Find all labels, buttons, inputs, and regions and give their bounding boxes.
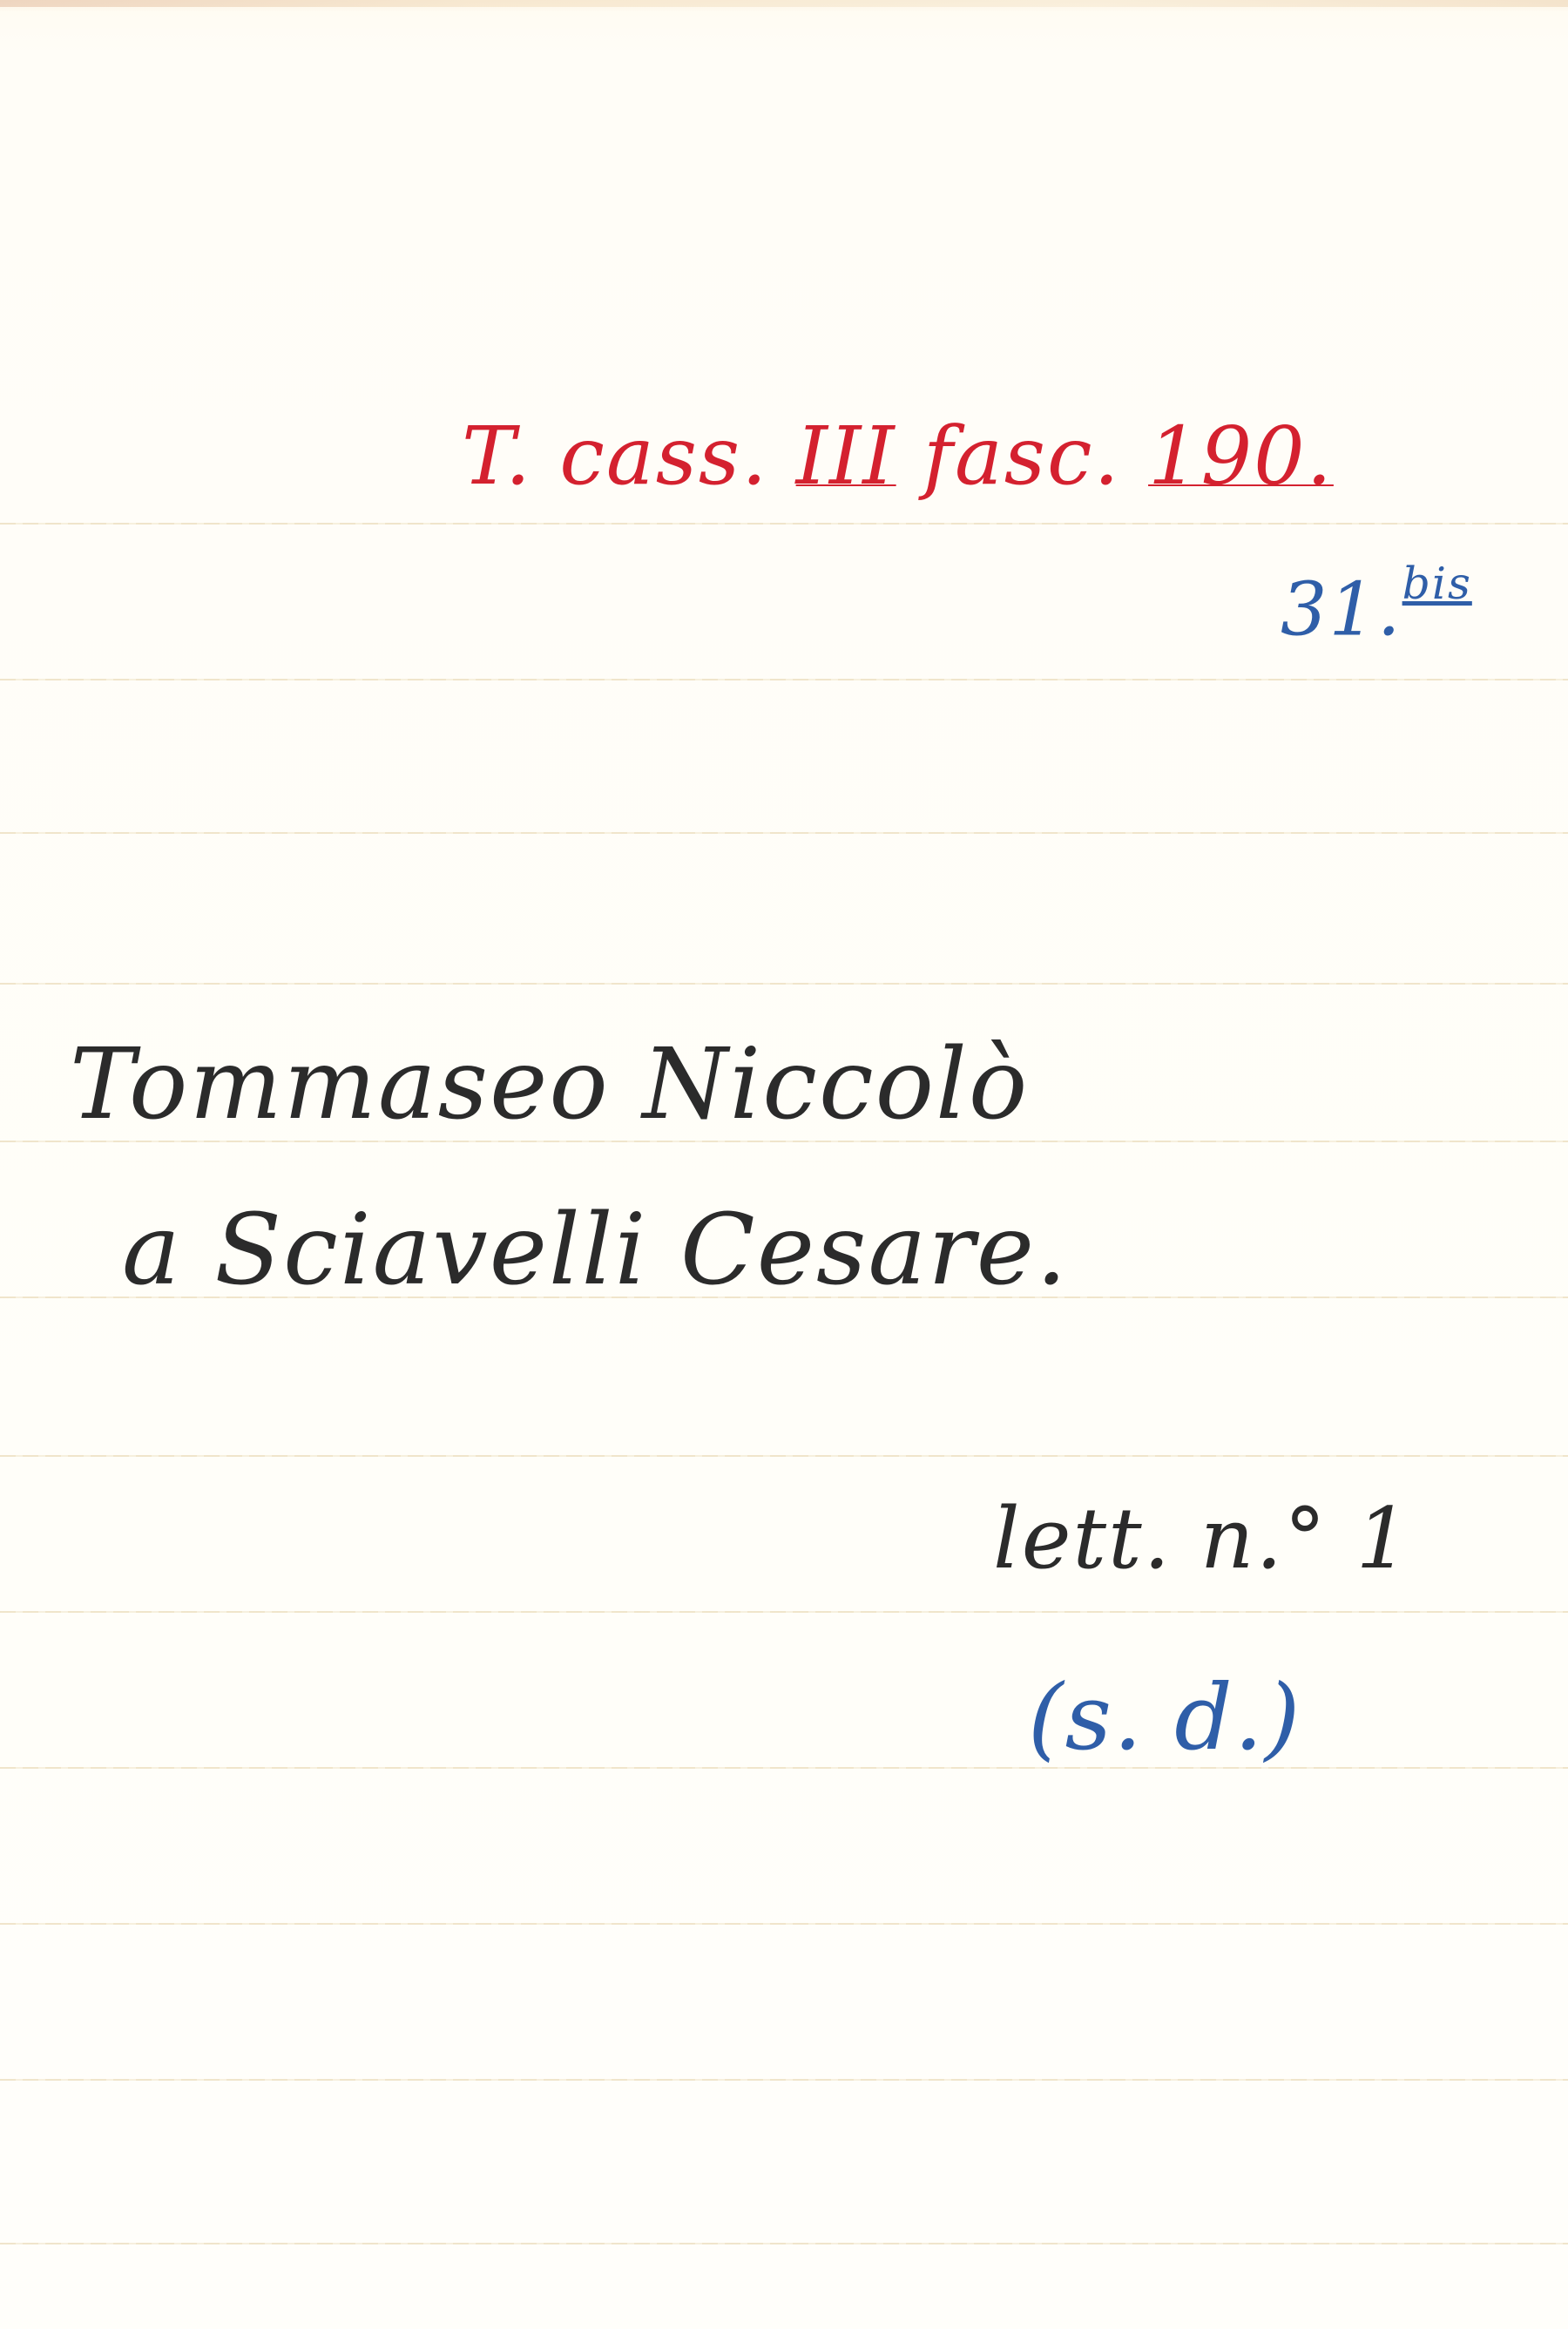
letter-count: lett. n.° 1 (993, 1490, 1411, 1588)
rule-line (0, 1611, 1568, 1613)
rule-line (0, 1455, 1568, 1457)
rule-line (0, 832, 1568, 834)
rule-line (0, 2243, 1568, 2244)
card-top-edge (0, 0, 1568, 7)
index-card: T. cass. III fasc. 190. 31.bis Tommaseo … (0, 0, 1568, 2329)
rule-line (0, 523, 1568, 525)
sub-number-suffix: bis (1402, 558, 1472, 609)
rule-line (0, 1767, 1568, 1769)
fascicolo-label: fasc. (923, 410, 1121, 503)
shelfmark: T. cass. III fasc. 190. (462, 410, 1334, 503)
sub-number: 31.bis (1281, 558, 1472, 652)
cassetta-number: III (796, 410, 896, 503)
rule-line (0, 2079, 1568, 2081)
title-line-1: Tommaseo Niccolò (70, 1028, 1029, 1141)
date-note: (s. d.) (1028, 1664, 1301, 1770)
rule-line (0, 679, 1568, 680)
fascicolo-number: 190. (1148, 410, 1334, 503)
sub-number-value: 31. (1281, 566, 1402, 652)
title-line-2: a Sciavelli Cesare. (122, 1194, 1069, 1307)
cassetta-label: T. cass. (462, 410, 768, 503)
rule-line (0, 1923, 1568, 1925)
rule-line (0, 983, 1568, 985)
